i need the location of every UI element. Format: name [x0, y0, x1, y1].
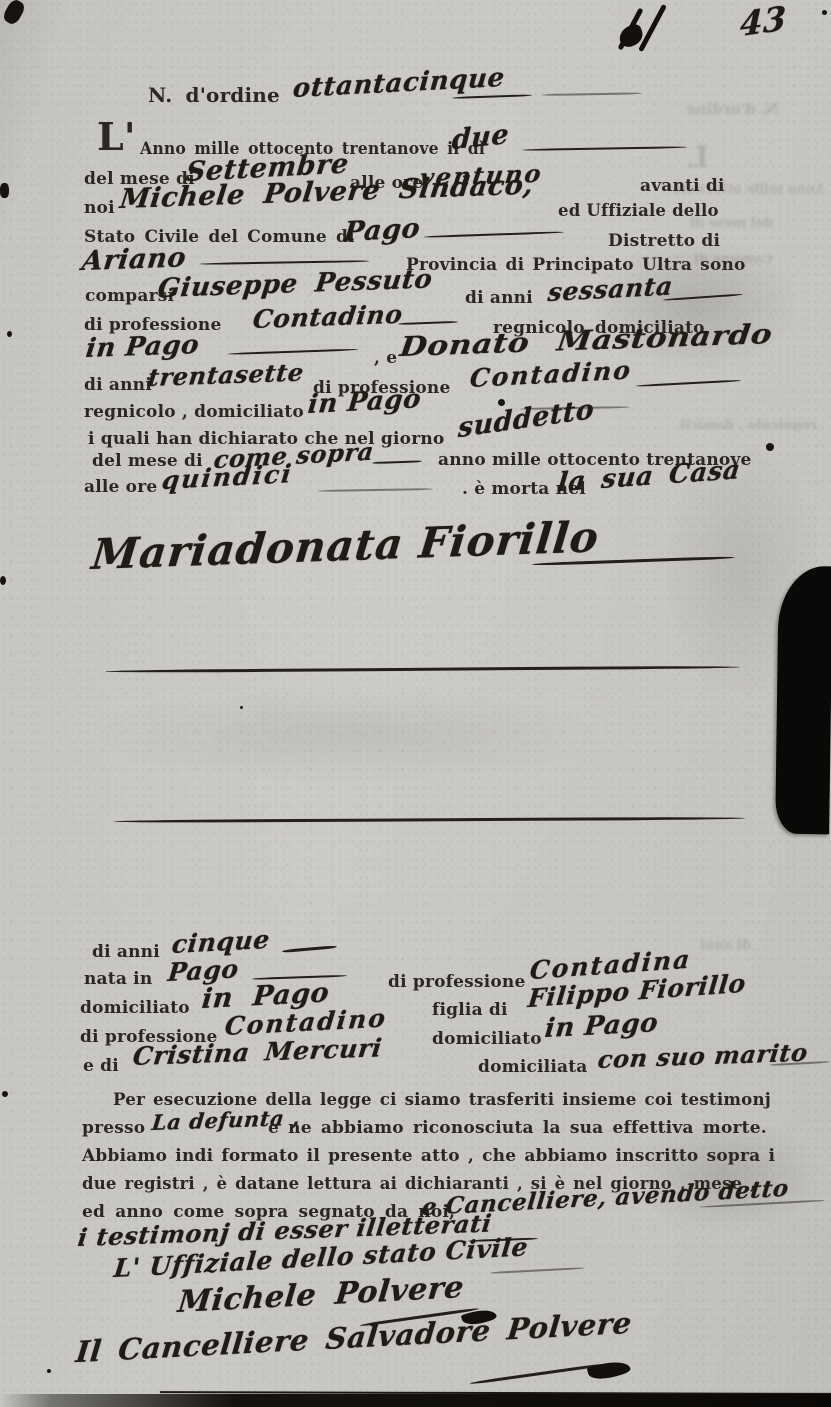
bleedthrough-text: di anni — [700, 938, 751, 953]
deceased-age-label: di anni — [92, 944, 160, 962]
page-edge-shadow — [0, 1394, 831, 1407]
ink-speck — [1, 0, 27, 26]
ink-speck — [0, 183, 9, 198]
ink-speck — [2, 1091, 8, 1097]
witness2-domicile: in Pago — [307, 386, 423, 418]
drop-initial: L' — [97, 120, 136, 154]
bleedthrough-text: regnicolo , domicil — [680, 418, 817, 433]
clerk-signature: Il Cancelliere Salvadore Polvere — [74, 1309, 633, 1367]
witness1-age-label: di anni — [465, 290, 533, 308]
ink-smudge — [90, 690, 610, 780]
blank-section-strike — [105, 666, 740, 673]
ink-speck — [7, 331, 12, 337]
ink-dot — [766, 443, 774, 451]
official-title-printed: ed Uffiziale dello — [558, 202, 719, 219]
mother-label: e di — [83, 1058, 119, 1076]
flourish-line — [424, 231, 564, 238]
page-number: 43 — [739, 1, 787, 41]
closing-line2-printed-a: presso — [82, 1120, 145, 1138]
flourish-line — [490, 1267, 585, 1274]
born-label: nata in — [84, 971, 152, 989]
closing-line3: Abbiamo indi formato il presente atto , … — [82, 1148, 775, 1166]
flourish-line — [542, 92, 642, 96]
father-domicile: in Pago — [544, 1010, 660, 1042]
death-record-scan: 43 N. d'ordine L Anno mille ottocento de… — [0, 0, 831, 1407]
binding-shadow — [775, 566, 831, 835]
flourish-line — [522, 146, 687, 151]
district-label: Distretto di — [608, 233, 720, 251]
order-number-label: N. d'ordine — [148, 85, 280, 106]
blank-section-strike — [113, 817, 745, 823]
deceased-name: Mariadonata Fiorillo — [90, 516, 601, 576]
witness2-regnicolo: regnicolo , domiciliato — [84, 404, 304, 422]
mother-dom-label: domiciliata — [478, 1059, 587, 1077]
witness1-name: Giuseppe Pessuto — [156, 266, 434, 302]
witness2-age-label: di anni — [84, 377, 152, 395]
ink-dot — [498, 399, 505, 406]
death-hour-label: alle ore — [84, 479, 157, 497]
official-signature: Michele Polvere — [176, 1273, 465, 1318]
flourish-line — [282, 945, 337, 953]
ink-speck — [47, 1369, 51, 1373]
ink-speck — [822, 10, 827, 15]
signature-flourish — [587, 1357, 632, 1384]
district-hand: Ariano — [80, 244, 187, 275]
witness2-age: trentasette — [147, 360, 306, 390]
flourish-line — [200, 260, 370, 265]
comune-hand: Pago — [343, 215, 422, 246]
death-day-hand: suddetto — [458, 396, 595, 443]
witness1-prof: Contadino — [251, 302, 404, 332]
before-label: avanti di — [640, 178, 725, 196]
witness1-domicile: in Pago — [84, 332, 200, 362]
flourish-line — [228, 348, 358, 355]
day-hand: due — [451, 121, 510, 154]
ink-speck — [0, 576, 6, 585]
mother-domicile: con suo marito — [597, 1041, 810, 1072]
father-label: figlia di — [432, 1002, 508, 1020]
noi-label: noi — [84, 200, 115, 218]
deceased-prof-label: di professione — [388, 974, 526, 992]
father-dom-label: domiciliato — [432, 1031, 542, 1049]
flourish-line — [398, 321, 458, 325]
deceased-age: cinque — [171, 927, 272, 957]
witness1-age: sessanta — [547, 273, 675, 305]
flourish-line — [372, 460, 422, 464]
bleedthrough-text: L — [688, 140, 709, 175]
flourish-line — [636, 380, 741, 387]
and-label: , e — [374, 350, 397, 368]
mother-name: Cristina Mercuri — [131, 1035, 383, 1069]
province-printed: Provincia di Principato Ultra sono — [406, 257, 746, 275]
witness2-prof: Contadino — [469, 357, 634, 391]
death-hour-hand: quindici — [160, 461, 294, 493]
bleedthrough-text: N. d'ordine — [686, 100, 779, 118]
birthplace-hand: Pago — [167, 956, 240, 985]
flourish-line — [318, 488, 433, 492]
closing-line2-printed-b: e ne abbiamo riconosciuta la sua effetti… — [268, 1120, 767, 1138]
deceased-dom-label: domiciliato — [80, 1000, 190, 1018]
ink-speck — [240, 706, 243, 709]
